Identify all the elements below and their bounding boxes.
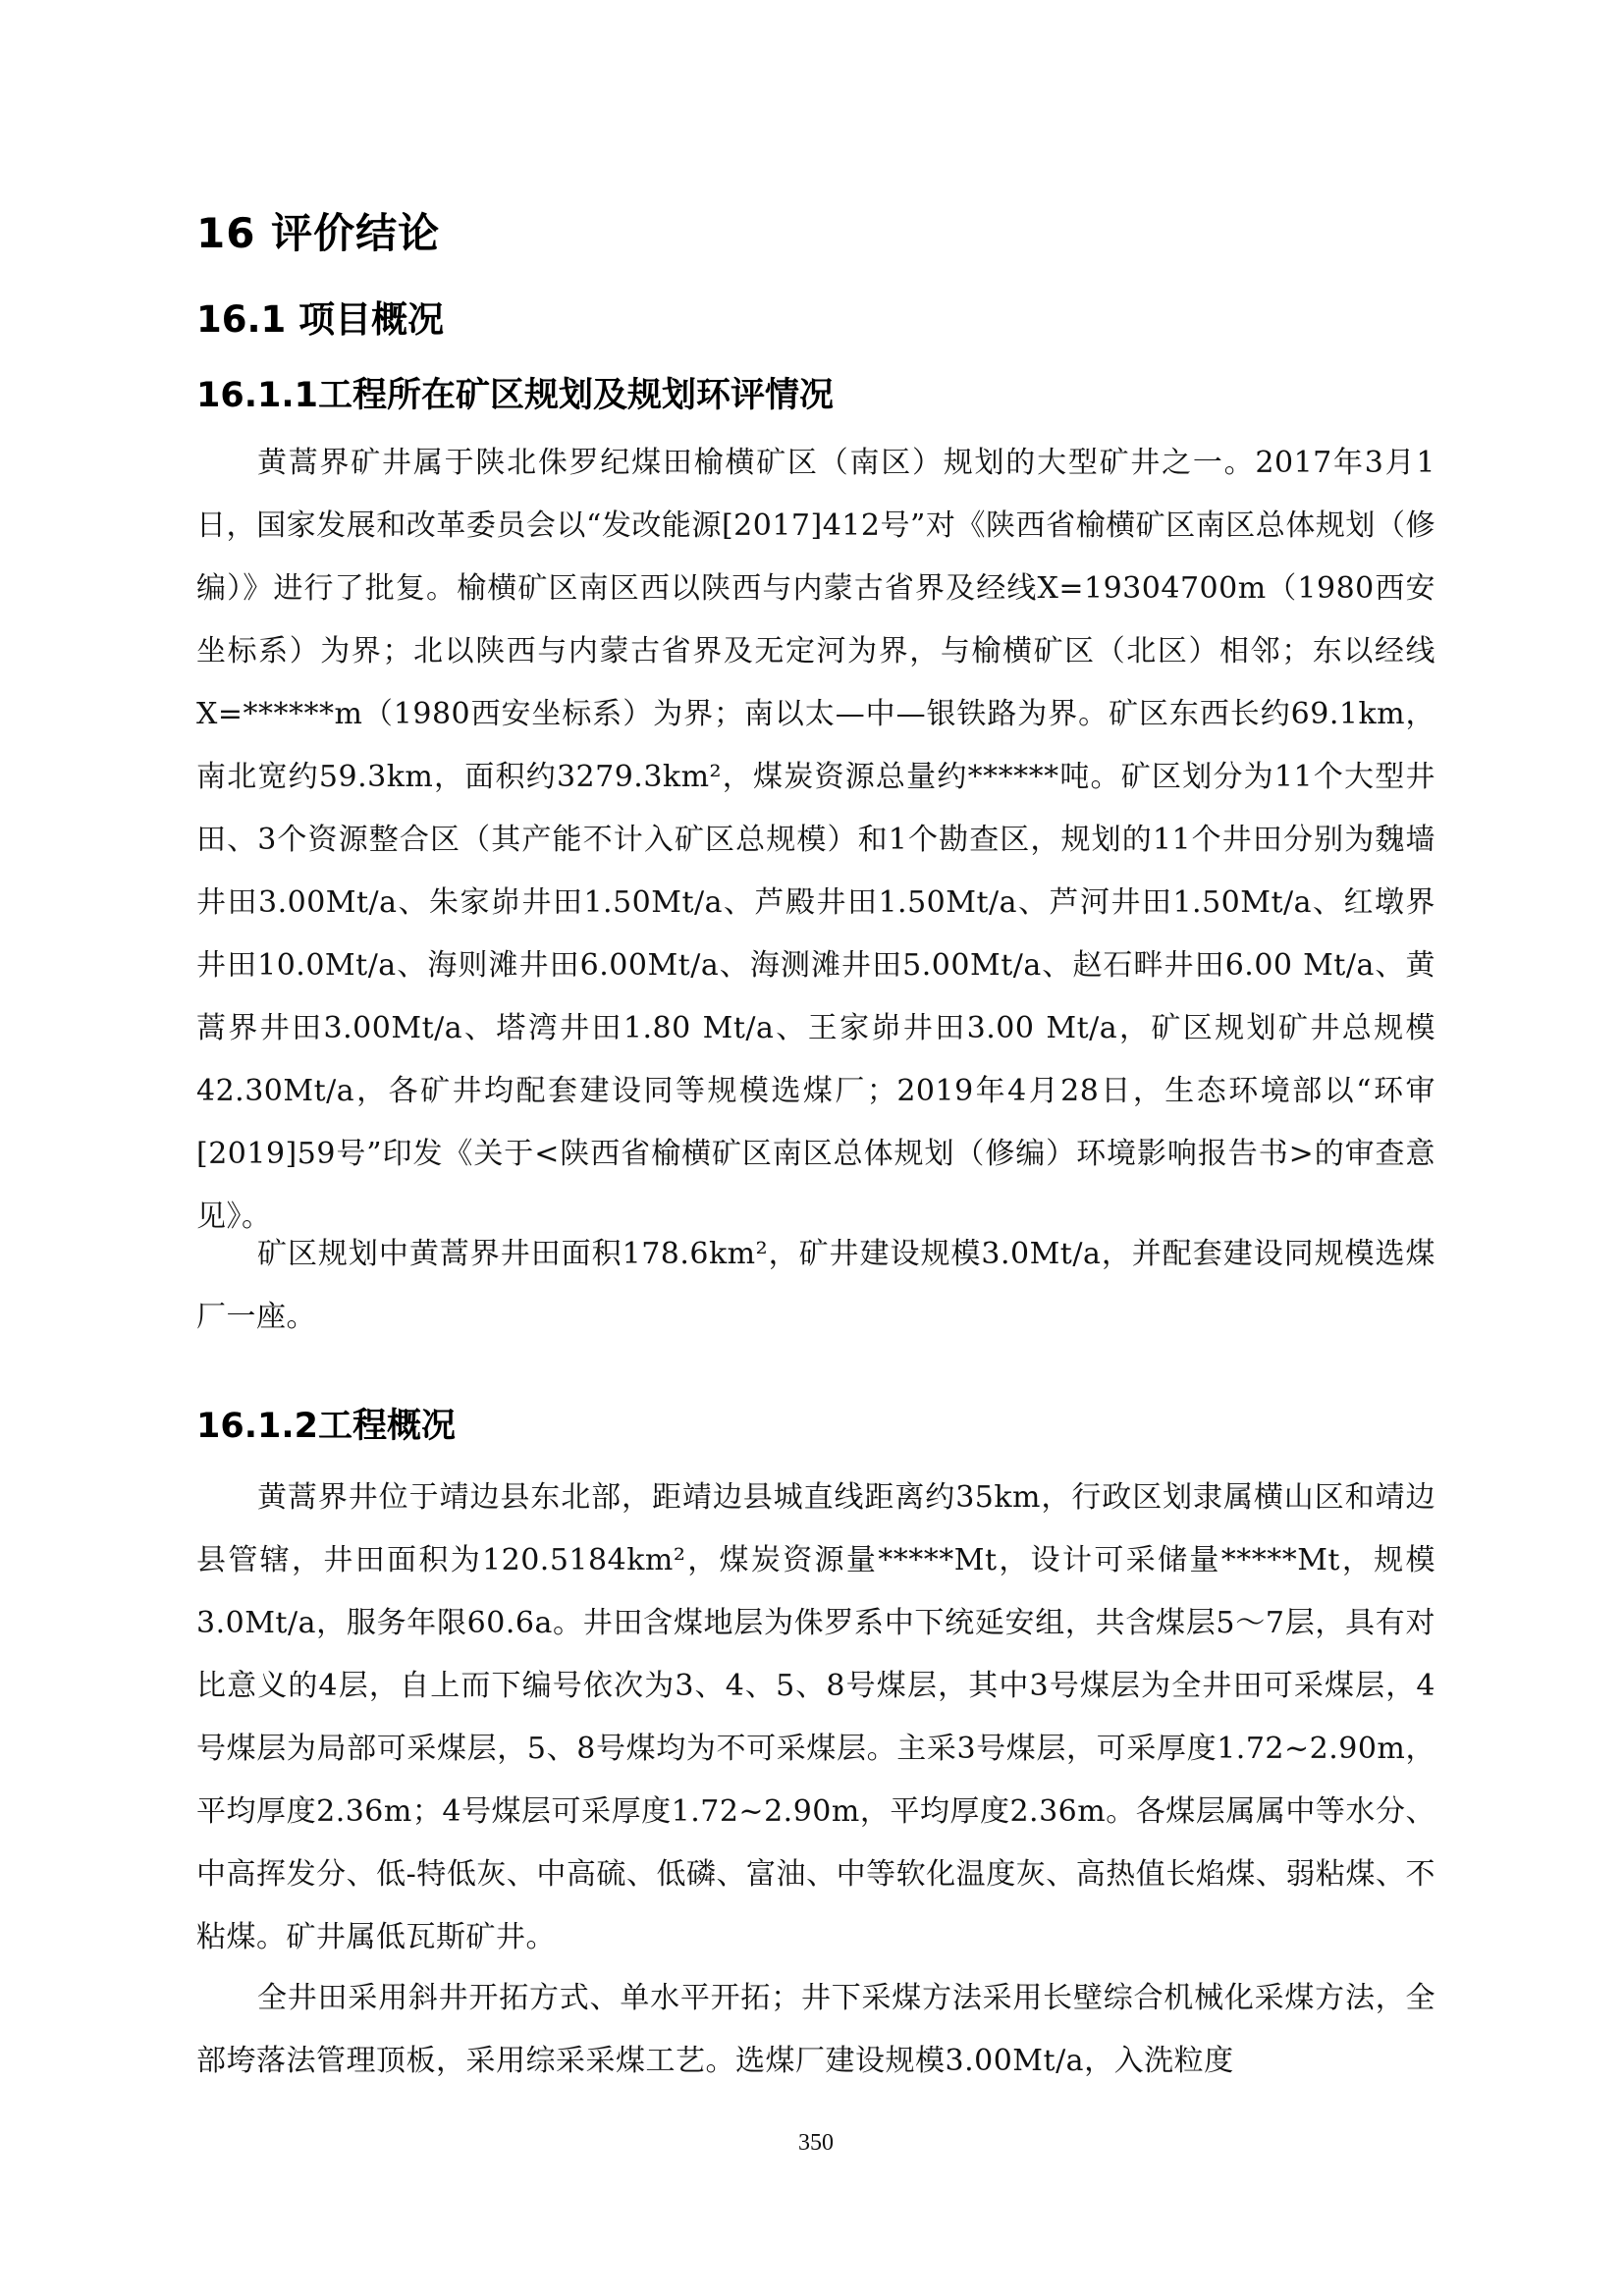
paragraph-mining-method: 全井田采用斜井开拓方式、单水平开拓；井下采煤方法采用长壁综合机械化采煤方法，全部… — [196, 1967, 1435, 2093]
paragraph-project-location: 黄蒿界井位于靖边县东北部，距靖边县城直线距离约35km，行政区划隶属横山区和靖边… — [196, 1467, 1435, 1969]
subsection-heading-project-overview: 16.1.2工程概况 — [196, 1399, 456, 1448]
page-number: 350 — [196, 2130, 1435, 2157]
subsection-heading-planning: 16.1.1工程所在矿区规划及规划环评情况 — [196, 368, 834, 417]
paragraph-field-area: 矿区规划中黄蒿界井田面积178.6km²，矿井建设规模3.0Mt/a，并配套建设… — [196, 1223, 1435, 1349]
paragraph-mining-area-plan: 黄蒿界矿井属于陕北侏罗纪煤田榆横矿区（南区）规划的大型矿井之一。2017年3月1… — [196, 432, 1435, 1249]
section-heading: 16.1 项目概况 — [196, 290, 444, 343]
chapter-heading: 16 评价结论 — [196, 201, 440, 260]
